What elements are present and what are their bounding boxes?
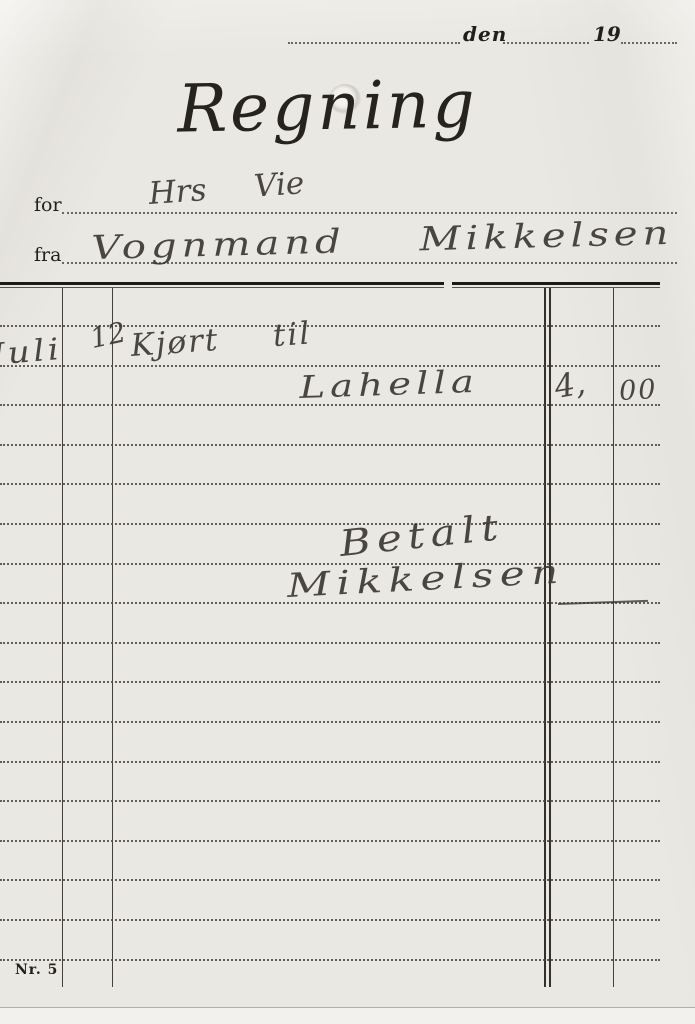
date-dotted-line-middle — [503, 42, 589, 44]
entry-description-line1-handwriting: Kjørt til — [129, 315, 312, 364]
ruled-line — [0, 681, 660, 683]
scan-background-strip — [0, 1008, 695, 1024]
for-dotted-line — [62, 212, 677, 214]
fra-handwritten-value: Vognmand Mikkelsen — [91, 213, 674, 267]
ruled-line — [0, 919, 660, 921]
ruled-line — [0, 444, 660, 446]
entry-amount-ore-handwriting: 00 — [618, 374, 658, 407]
date-dotted-line-left — [288, 42, 460, 44]
entry-description-line2-handwriting: Lahella — [299, 364, 480, 406]
fra-label: fra — [34, 244, 61, 266]
date-year-prefix: 19 — [593, 22, 621, 46]
header-rule-right-segment — [452, 282, 660, 285]
form-number: Nr. 5 — [15, 962, 58, 978]
scanned-invoice-paper: den 19 Regning for Hrs Vie fra Vognmand … — [0, 0, 695, 1024]
table-column-line-2 — [112, 288, 113, 987]
signature-handwriting: Mikkelsen — [286, 552, 566, 605]
for-label: for — [34, 194, 62, 216]
ruled-line — [0, 721, 660, 723]
for-handwritten-value: Hrs Vie — [147, 165, 305, 212]
date-dotted-line-right — [621, 42, 677, 44]
entry-amount-kroner-handwriting: 4, — [551, 363, 588, 406]
ruled-line — [0, 483, 660, 485]
form-title: Regning — [0, 62, 656, 150]
table-amount-double-line-a — [544, 288, 546, 987]
ruled-line — [0, 642, 660, 644]
ruled-line — [0, 959, 660, 961]
table-ore-column-line — [613, 288, 614, 987]
ruled-line — [0, 800, 660, 802]
date-den-label: den — [463, 22, 507, 46]
ruled-line — [0, 879, 660, 881]
table-column-line-1 — [62, 288, 63, 987]
ruled-line — [0, 840, 660, 842]
ruled-line — [0, 523, 660, 525]
entry-month-handwriting: Juli — [0, 332, 64, 373]
header-rule-left-segment — [0, 282, 444, 285]
ruled-line — [0, 761, 660, 763]
table-amount-double-line-b — [549, 288, 551, 987]
entry-day-handwriting: 12 — [87, 315, 129, 355]
